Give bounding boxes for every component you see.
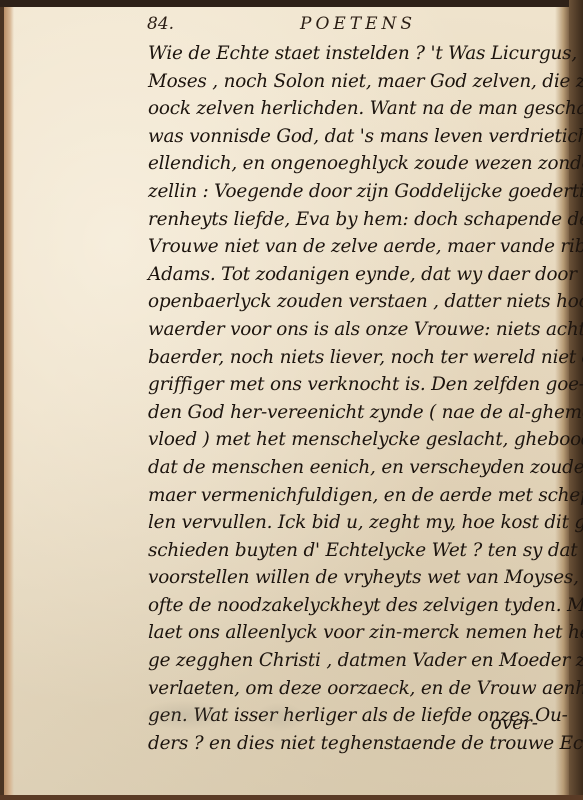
text-line: Adams. Tot zodanigen eynde, dat wy daer …	[148, 261, 528, 289]
text-line: renheyts liefde, Eva by hem: doch schape…	[148, 206, 528, 234]
page-number: 84.	[147, 14, 174, 34]
text-line: Vrouwe niet van de zelve aerde, maer van…	[148, 233, 528, 261]
text-line: ofte de noodzakelyckheyt des zelvigen ty…	[148, 592, 528, 620]
text-line: was vonnisde God, dat 's mans leven verd…	[148, 123, 528, 151]
book-top-edge	[0, 0, 583, 7]
ink-bleed-through	[140, 700, 230, 730]
text-line: schieden buyten d' Echtelycke Wet ? ten …	[148, 537, 528, 565]
text-line: voorstellen willen de vryheyts wet van M…	[148, 564, 528, 592]
page-header: 84. POETENS	[147, 14, 527, 36]
text-line: ders ? en dies niet teghenstaende de tro…	[148, 730, 528, 758]
book-bottom-edge	[0, 795, 583, 800]
text-line: len vervullen. Ick bid u, zeght my, hoe …	[148, 509, 528, 537]
text-line: oock zelven herlichden. Want na de man g…	[148, 95, 528, 123]
text-line: baerder, noch niets liever, noch ter wer…	[148, 344, 528, 372]
text-line: laet ons alleenlyck voor zin-merck nemen…	[148, 619, 528, 647]
text-line: den God her-vereenicht zynde ( nae de al…	[148, 399, 528, 427]
running-head: POETENS	[300, 14, 416, 34]
page-gutter	[4, 6, 14, 796]
text-line: zellin : Voegende door zijn Goddelijcke …	[148, 178, 528, 206]
body-text: Wie de Echte staet instelden ? 't Was Li…	[148, 40, 528, 757]
text-line: maer vermenichfuldigen, en de aerde met …	[148, 482, 528, 510]
text-line: griffiger met ons verknocht is. Den zelf…	[148, 371, 528, 399]
text-line: ge zegghen Christi , datmen Vader en Moe…	[148, 647, 528, 675]
book-scan: 84. POETENS Wie de Echte staet instelden…	[0, 0, 583, 800]
text-line: Wie de Echte staet instelden ? 't Was Li…	[148, 40, 528, 68]
text-line: verlaeten, om deze oorzaeck, en de Vrouw…	[148, 675, 528, 703]
text-line: ellendich, en ongenoeghlyck zoude wezen …	[148, 150, 528, 178]
text-line: openbaerlyck zouden verstaen , datter ni…	[148, 288, 528, 316]
ink-bleed-through	[255, 702, 305, 732]
text-line: vloed ) met het menschelycke geslacht, g…	[148, 426, 528, 454]
catchword: over-	[491, 713, 538, 734]
text-line: dat de menschen eenich, en verscheyden z…	[148, 454, 528, 482]
text-line: Moses , noch Solon niet, maer God zelven…	[148, 68, 528, 96]
text-line: waerder voor ons is als onze Vrouwe: nie…	[148, 316, 528, 344]
